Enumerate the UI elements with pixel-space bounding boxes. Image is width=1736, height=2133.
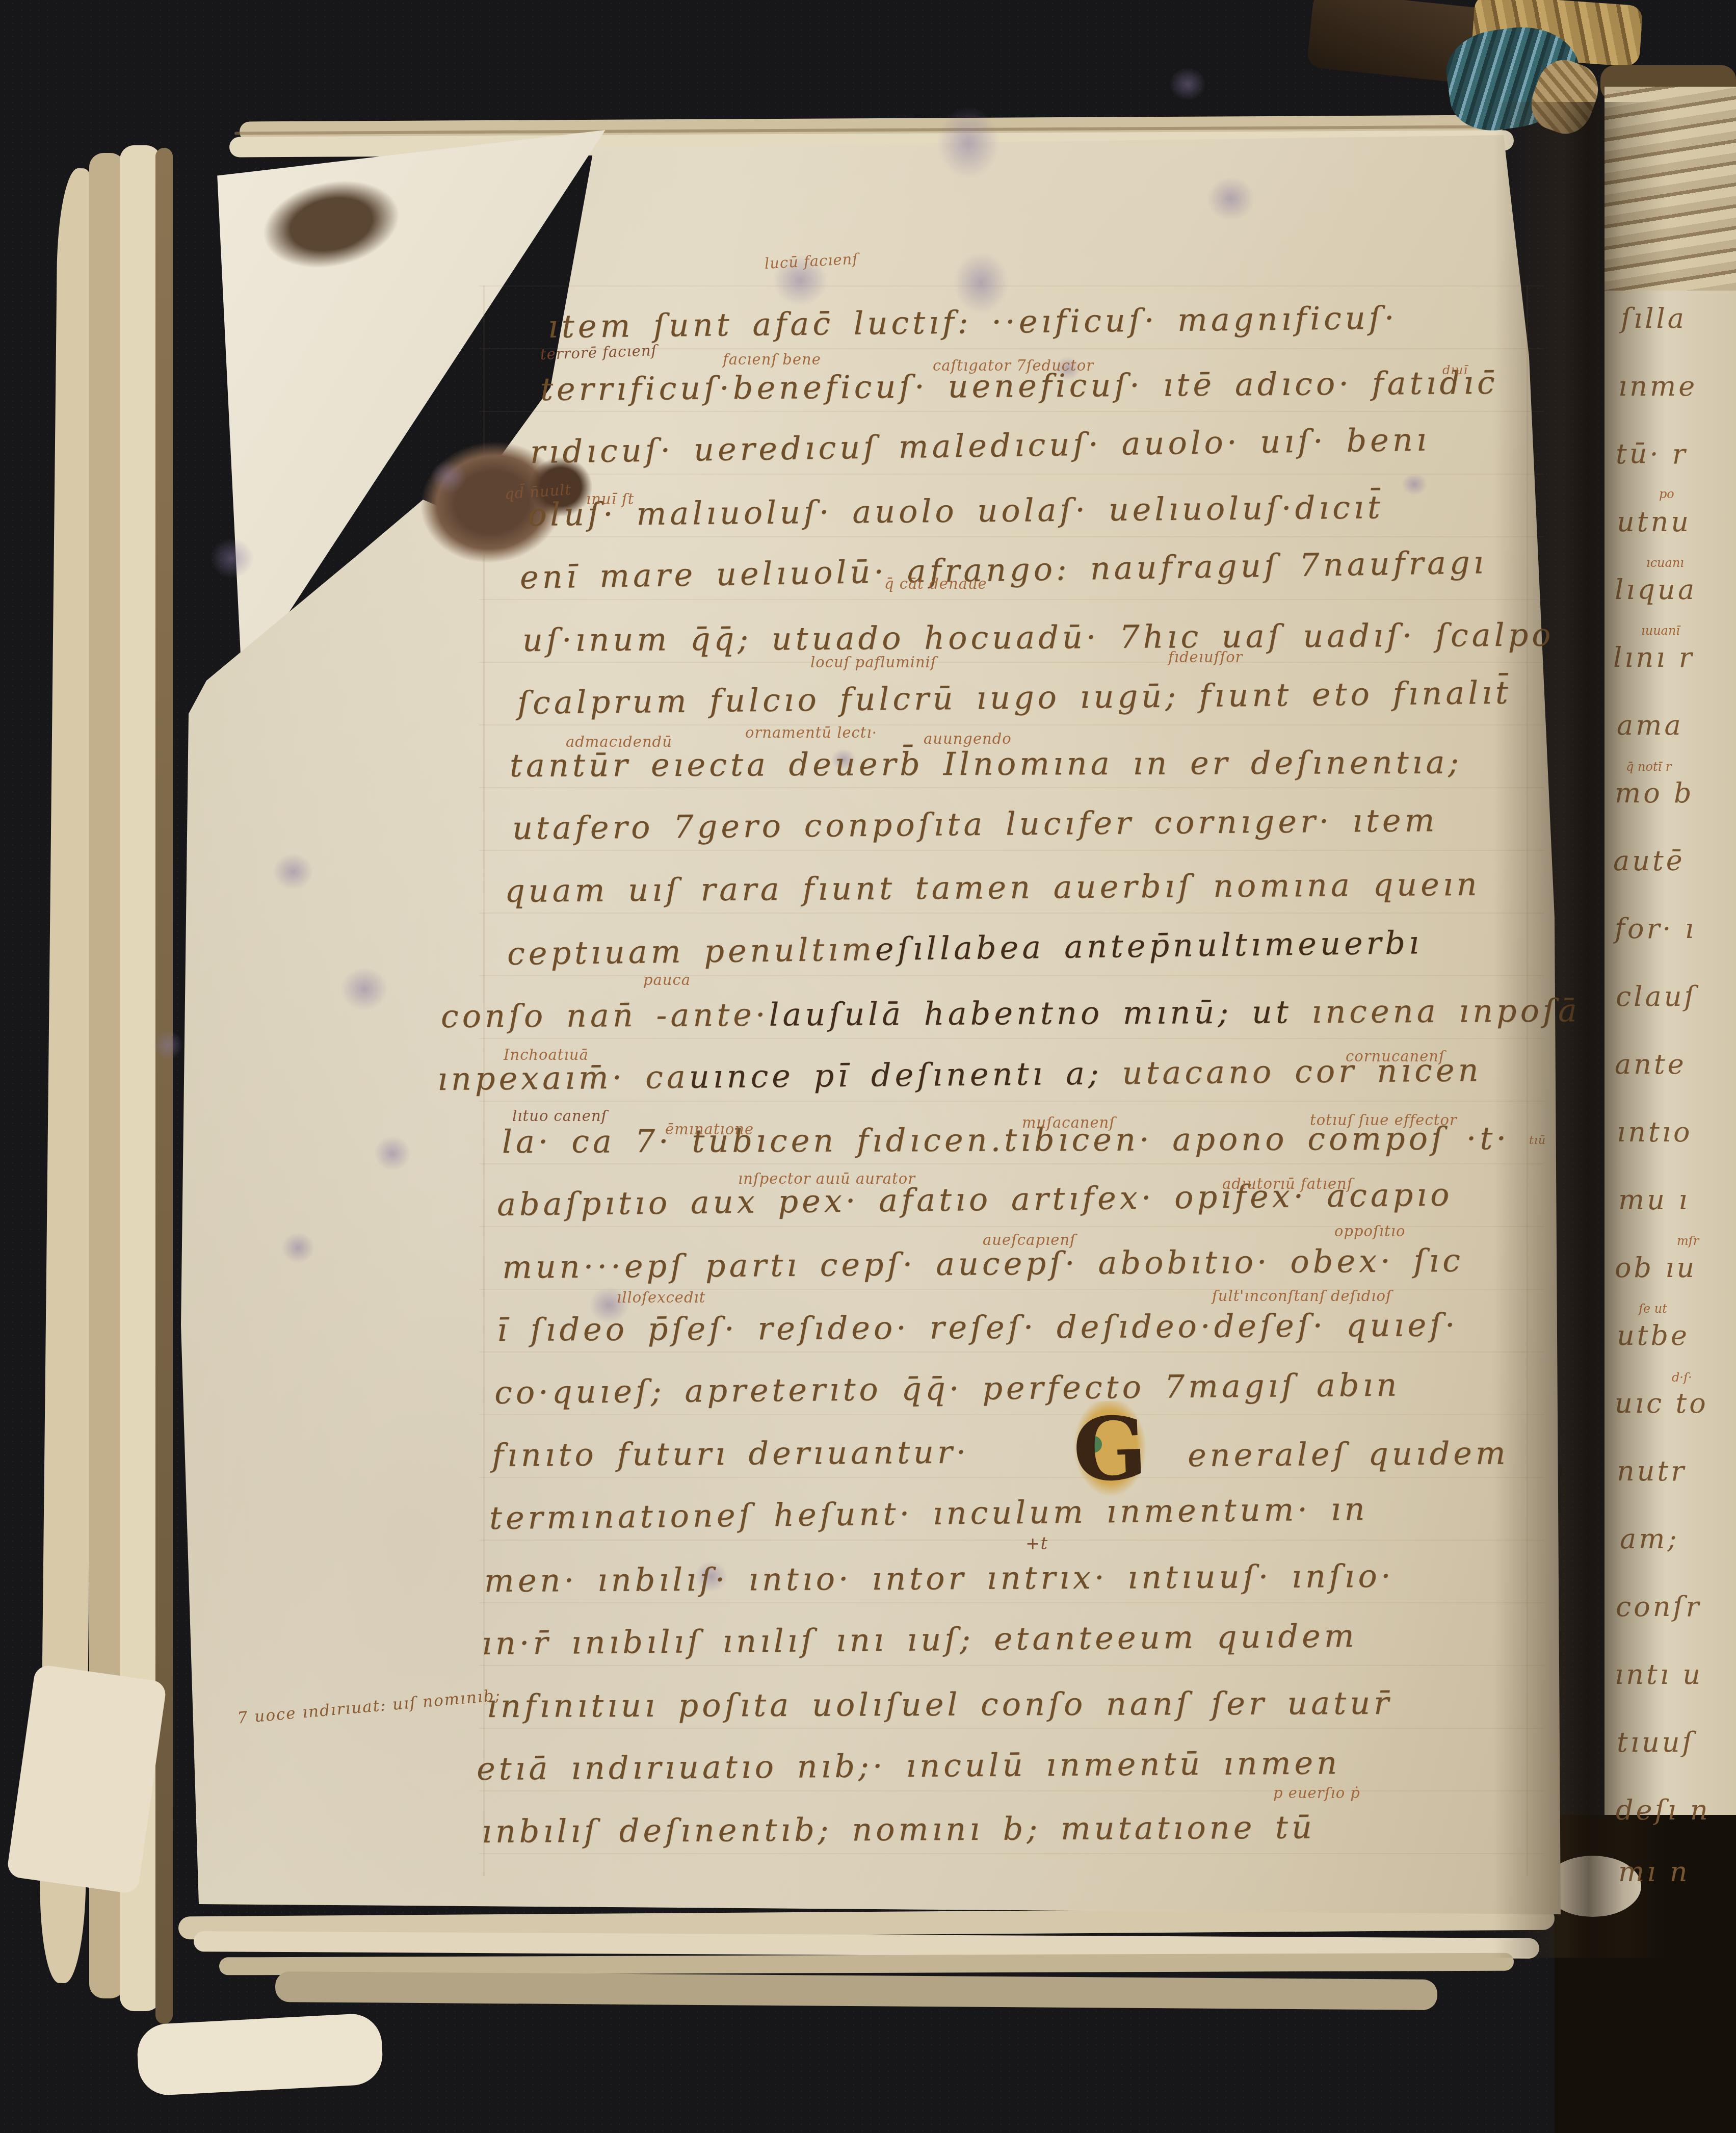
fragment-text-line: for· ı bbox=[1615, 913, 1696, 945]
fragment-text-line: ınme bbox=[1618, 370, 1697, 402]
fragment-gloss: q̄ notı̄ r bbox=[1626, 760, 1671, 774]
text-line: fınıto futurı derıuantur· bbox=[492, 1433, 970, 1474]
fragment-text-line: ſılla bbox=[1621, 302, 1687, 334]
stain bbox=[265, 846, 321, 897]
fragment-gloss: ſe ut bbox=[1639, 1302, 1667, 1316]
fragment-text-line: ama bbox=[1617, 709, 1684, 741]
stain bbox=[1198, 168, 1264, 229]
fragment-text-line: deſı n bbox=[1616, 1794, 1711, 1826]
page-edge-bottom-curl bbox=[136, 2013, 384, 2097]
text-line: ı̄ ſıdeo p̄ſeſ· reſıdeo· reſeſ· deſıdeo·… bbox=[497, 1306, 1459, 1348]
fragment-text-line: utnu bbox=[1617, 506, 1691, 538]
fragment-text-line: ob ıu bbox=[1615, 1252, 1697, 1284]
interlinear-gloss: locuſ pafluminiſ bbox=[810, 654, 937, 671]
interlinear-gloss: muſacanenſ bbox=[1022, 1114, 1115, 1131]
fragment-text-line: ıntıo bbox=[1617, 1116, 1693, 1148]
interlinear-gloss: adıutorıū fatıenſ bbox=[1222, 1175, 1353, 1192]
fragment-text-line: tū· r bbox=[1616, 438, 1688, 470]
text-line: men· ınbılıſ· ıntıo· ıntor ıntrıx· ıntıu… bbox=[484, 1557, 1395, 1599]
text-line: ın·r̄ ınıbılıſ ınılıſ ını ıuſ; etanteeum… bbox=[482, 1617, 1358, 1662]
stain bbox=[423, 454, 474, 500]
interlinear-gloss: ınuı̄ ſt bbox=[586, 490, 635, 508]
fragment-text-line: am; bbox=[1620, 1523, 1679, 1555]
interlinear-gloss: p euerſıo ṗ bbox=[1273, 1784, 1360, 1802]
stain bbox=[331, 958, 398, 1020]
fragment-text-line: tıuuſ bbox=[1617, 1726, 1695, 1758]
text-segment: ceptıuam penultım bbox=[507, 930, 876, 972]
fragment-text-line: conſr bbox=[1616, 1591, 1701, 1623]
fragment-text-line: nutr bbox=[1617, 1455, 1687, 1487]
fragment-gloss: mſr bbox=[1677, 1234, 1699, 1248]
stain bbox=[275, 1226, 321, 1269]
interlinear-gloss: lıtuo canenſ bbox=[512, 1107, 607, 1125]
text-segment: ınpexaım̄· ca bbox=[437, 1058, 689, 1098]
interlinear-gloss: auungendo bbox=[924, 730, 1012, 747]
fragment-gloss: ıuuanı̄ bbox=[1641, 623, 1680, 638]
interlinear-gloss: ornamentū lectı· bbox=[745, 724, 877, 741]
ruling-vertical-right bbox=[1527, 285, 1528, 1876]
text-segment-dark: lauſulā habentno mınū; ut bbox=[769, 993, 1292, 1033]
text-segment-dark: uınce pı̄ deſınentı a; bbox=[689, 1055, 1102, 1096]
stain bbox=[201, 530, 262, 586]
interlinear-gloss: totıuſ ſıue effector bbox=[1310, 1111, 1457, 1129]
fragment-text-line: mu ı bbox=[1618, 1184, 1690, 1216]
text-line: eneraleſ quıdem bbox=[1188, 1435, 1509, 1474]
text-line: ınfınıtıuı poſıta uolıſuel conſo nanſ ſe… bbox=[487, 1684, 1392, 1725]
interlinear-gloss: ſult'ınconſtanſ deſıdıoſ bbox=[1212, 1287, 1392, 1305]
facing-page-top-edges bbox=[1605, 87, 1736, 291]
interlinear-gloss: dıuı̄ bbox=[1442, 363, 1468, 377]
fragment-text-line: utbe bbox=[1617, 1319, 1690, 1351]
fragment-text-line: mı n bbox=[1618, 1856, 1690, 1888]
interlinear-gloss: fıdeıuſſor bbox=[1168, 648, 1243, 666]
text-segment: ıncena ınpoſā bbox=[1292, 992, 1581, 1030]
interlinear-gloss: q̄ cāt denaue bbox=[884, 575, 987, 592]
stain bbox=[925, 92, 1012, 194]
interlinear-gloss: Inchoatıuā bbox=[504, 1046, 589, 1063]
fragment-text-line: ante bbox=[1615, 1048, 1687, 1080]
interlinear-gloss: ılloſexcedıt bbox=[617, 1289, 705, 1306]
text-line: oluſ· malıuoluſ· auolo uolaſ· uelıuoluſ·… bbox=[528, 488, 1384, 533]
text-line: quam uıſ rara fıunt tamen auerbıſ nomına… bbox=[505, 866, 1481, 909]
interlinear-gloss: caſtıgator 7ſeductor bbox=[933, 357, 1094, 374]
fragment-text-line: lını r bbox=[1613, 641, 1695, 673]
interlinear-gloss: cornucanenſ bbox=[1346, 1048, 1445, 1065]
text-segment-dark: eſıllabea antep̄nultımeuerbı bbox=[875, 924, 1423, 968]
interlinear-gloss: oppoſıtıo bbox=[1334, 1222, 1405, 1240]
text-segment: conſo nan̄ -ante· bbox=[441, 996, 769, 1035]
fragment-text-line: ıntı u bbox=[1615, 1658, 1703, 1690]
interlinear-gloss: ēmınatıone bbox=[665, 1121, 754, 1138]
correction-mark: +t bbox=[1025, 1533, 1048, 1554]
manuscript-photo: { "main_text": { "lines": [ {"text": "ıt… bbox=[0, 0, 1736, 2133]
stain bbox=[148, 1025, 189, 1065]
interlinear-gloss: tıū bbox=[1529, 1134, 1546, 1147]
fragment-text-line: lıqua bbox=[1615, 574, 1697, 606]
fragment-gloss: po bbox=[1659, 487, 1674, 501]
text-line: etıā ındırıuatıo nıb;· ınculū ınmentū ın… bbox=[477, 1744, 1341, 1787]
text-line: conſo nan̄ -ante·lauſulā habentno mınū; … bbox=[441, 992, 1581, 1035]
interlinear-gloss: pauca bbox=[643, 971, 691, 989]
fragment-text-line: uıc to bbox=[1615, 1387, 1708, 1419]
stain bbox=[1397, 469, 1432, 500]
interlinear-gloss: admacıdendū bbox=[566, 733, 672, 750]
fragment-text-line: mo b bbox=[1615, 777, 1694, 809]
fragment-text-line: clauſ bbox=[1616, 980, 1697, 1012]
text-line: co·quıeſ; apreterıto q̄q̄· perfecto 7mag… bbox=[494, 1366, 1401, 1411]
stain bbox=[1162, 61, 1213, 107]
fragment-text-line: autē bbox=[1613, 845, 1685, 877]
decorated-initial-G: G bbox=[1068, 1399, 1153, 1504]
text-line: uſ·ınum q̄q̄; utuado hocuadū· 7hıc uaſ u… bbox=[522, 616, 1555, 659]
interlinear-gloss: ınſpector auıū aurator bbox=[738, 1170, 915, 1187]
fragment-gloss: d·ſ· bbox=[1672, 1370, 1692, 1385]
stain bbox=[367, 1129, 418, 1178]
text-line: ınbılıſ deſınentıb; nomını b; mutatıone … bbox=[482, 1808, 1316, 1850]
interlinear-gloss: facıenſ bene bbox=[723, 351, 821, 368]
interlinear-gloss: aueſcapıenſ bbox=[983, 1231, 1076, 1248]
fragment-gloss: ıcuanı bbox=[1646, 556, 1684, 570]
